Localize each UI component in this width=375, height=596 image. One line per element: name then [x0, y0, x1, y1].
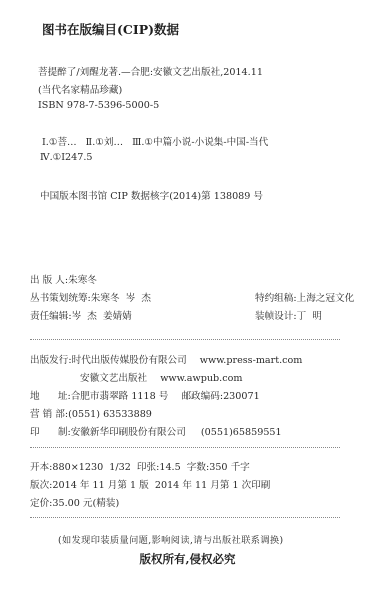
cip-classification-line-1: Ⅰ.①菩… Ⅱ.①刘… Ⅲ.①中篇小说-小说集-中国-当代: [42, 134, 268, 148]
credit-value: 丁 明: [297, 311, 322, 322]
value: (0551) 63533889: [68, 409, 152, 420]
value: 合肥市翡翠路 1118 号: [71, 391, 169, 402]
divider: [30, 517, 340, 518]
publishing-distributor: 出版发行:时代出版传媒股份有限公司 www.press-mart.com: [30, 352, 302, 366]
printer-phone: (0551)65859551: [201, 427, 282, 438]
publisher-url: www.awpub.com: [160, 373, 242, 384]
publishing-address: 地 址:合肥市翡翠路 1118 号 邮政编码:230071: [30, 388, 260, 402]
credit-responsible-editors: 责任编辑:岑 杰 姜婧婧 装帧设计:丁 明: [30, 308, 345, 322]
cip-number: 中国版本图书馆 CIP 数据核字(2014)第 138089 号: [40, 188, 263, 202]
distributor-url: www.press-mart.com: [200, 355, 303, 366]
value: 安徽文艺出版社: [80, 373, 147, 384]
cip-isbn-line: ISBN 978-7-5396-5000-5: [38, 100, 159, 111]
divider: [30, 447, 340, 448]
credit-series-planning: 丛书策划统筹:朱寒冬 岑 杰 特约组稿:上海之冠文化: [30, 290, 345, 304]
cip-heading: 图书在版编目(CIP)数据: [42, 20, 179, 38]
credit-value: 上海之冠文化: [297, 293, 355, 304]
value: 安徽新华印刷股份有限公司: [71, 427, 186, 438]
credit-label: 责任编辑:: [30, 311, 72, 322]
label: 印 制:: [30, 427, 71, 438]
credit-special-editor: 特约组稿:上海之冠文化: [255, 290, 354, 304]
credit-value: 岑 杰 姜婧婧: [72, 311, 132, 322]
copyright-notice: 版权所有,侵权必究: [0, 551, 375, 567]
credit-label: 特约组稿:: [255, 293, 297, 304]
spec-edition: 版次:2014 年 11 月第 1 版 2014 年 11 月第 1 次印刷: [30, 477, 270, 491]
spec-format: 开本:880×1230 1/32 印张:14.5 字数:350 千字: [30, 459, 250, 473]
cip-classification-line-2: Ⅳ.①I247.5: [40, 152, 93, 163]
postcode: 230071: [223, 391, 260, 402]
label: 营 销 部:: [30, 409, 68, 420]
credit-label: 装帧设计:: [255, 311, 297, 322]
credit-label: 丛书策划统筹:: [30, 293, 91, 304]
credit-label: 出 版 人:: [30, 275, 68, 286]
label: 地 址:: [30, 391, 71, 402]
publishing-printing: 印 制:安徽新华印刷股份有限公司 (0551)65859551: [30, 424, 282, 438]
cip-title-line: 菩提醉了/刘醒龙著.—合肥:安徽文艺出版社,2014.11: [38, 64, 263, 78]
credit-publisher-person: 出 版 人:朱寒冬: [30, 272, 97, 286]
value: 时代出版传媒股份有限公司: [72, 355, 187, 366]
cip-series-line: (当代名家精品珍藏): [38, 82, 122, 96]
credit-value: 朱寒冬: [68, 275, 97, 286]
divider: [30, 339, 340, 340]
credit-binding-design: 装帧设计:丁 明: [255, 308, 322, 322]
publishing-marketing: 营 销 部:(0551) 63533889: [30, 406, 152, 420]
publishing-publisher: 安徽文艺出版社 www.awpub.com: [80, 370, 242, 384]
label: 出版发行:: [30, 355, 72, 366]
quality-notice: (如发现印装质量问题,影响阅读,请与出版社联系调换): [58, 532, 284, 546]
postcode-label: 邮政编码:: [181, 391, 223, 402]
spec-price: 定价:35.00 元(精装): [30, 495, 119, 509]
credit-value: 朱寒冬 岑 杰: [91, 293, 151, 304]
